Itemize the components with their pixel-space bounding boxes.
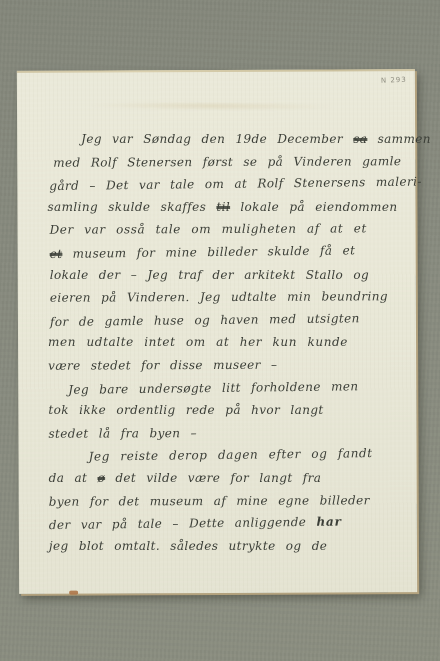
- manuscript-line: stedet lå fra byen –: [48, 421, 390, 445]
- handwriting-text: det vilde være for langt fra: [105, 471, 321, 485]
- handwriting-text: eieren på Vinderen. Jeg udtalte min beun…: [50, 289, 388, 304]
- handwriting-text: sammen: [367, 132, 431, 146]
- handwriting-text: har: [316, 515, 341, 529]
- handwriting-text: lokale der – Jeg traf der arkitekt Stall…: [50, 268, 369, 282]
- paper-smudge: [87, 101, 337, 111]
- archive-number-note: N 293: [381, 76, 407, 85]
- manuscript-line: lokale der – Jeg traf der arkitekt Stall…: [48, 264, 390, 287]
- manuscript-line: tok ikke ordentlig rede på hvor langt: [48, 399, 390, 422]
- handwriting-text: da at: [49, 471, 98, 485]
- struck-handwriting-text: et: [50, 247, 63, 261]
- paper-edge-stain: [69, 591, 78, 595]
- handwriting-text: lokale på eiendommen: [230, 200, 397, 214]
- handwriting-text: men udtalte intet om at her kun kunde: [48, 335, 348, 349]
- manuscript-line: Der var osså tale om muligheten af at et: [48, 218, 390, 242]
- handwriting-text: samling skulde skaffes: [47, 200, 216, 214]
- manuscript-line: byen for det museum af mine egne billede…: [49, 489, 391, 513]
- manuscript-paper: N 293 Jeg var Søndag den 19de December s…: [17, 69, 417, 594]
- manuscript-line: da at ø det vilde være for langt fra: [49, 467, 391, 490]
- handwriting-text: Der var osså tale om muligheten af at et: [50, 222, 367, 237]
- paper-deckle-edge: [17, 69, 415, 73]
- handwriting-text: med Rolf Stenersen først se på Vinderen …: [53, 154, 401, 170]
- struck-handwriting-text: ø: [97, 471, 105, 485]
- manuscript-line: samling skulde skaffes til lokale på eie…: [47, 196, 389, 219]
- handwriting-text: byen for det museum af mine egne billede…: [49, 493, 370, 508]
- handwriting-text: museum for mine billeder skulde få et: [62, 243, 355, 261]
- manuscript-line: med Rolf Stenersen først se på Vinderen …: [47, 150, 389, 174]
- handwriting-text: jeg blot omtalt. således utrykte og de: [49, 539, 327, 553]
- handwriting-text: Jeg var Søndag den 19de December: [81, 132, 353, 146]
- handwriting-text: tok ikke ordentlig rede på hvor langt: [48, 403, 323, 417]
- manuscript-line: et museum for mine billeder skulde få et: [48, 239, 390, 266]
- struck-handwriting-text: sa: [353, 132, 367, 146]
- manuscript-line: eieren på Vinderen. Jeg udtalte min beun…: [48, 285, 390, 309]
- handwriting-text: Jeg reiste derop dagen efter og fandt: [88, 446, 372, 463]
- manuscript-line: men udtalte intet om at her kun kunde: [48, 331, 390, 354]
- manuscript-line: jeg blot omtalt. således utrykte og de: [49, 535, 391, 558]
- handwriting-text: for de gamle huse og haven med utsigten: [50, 311, 360, 329]
- manuscript-line: Jeg bare undersøgte litt forholdene men: [48, 374, 390, 401]
- handwriting-text: Jeg bare undersøgte litt forholdene men: [68, 379, 358, 397]
- manuscript-line: gård – Det var tale om at Rolf Stenersen…: [47, 171, 389, 198]
- handwriting-text: gård – Det var tale om at Rolf Stenersen…: [49, 175, 422, 194]
- struck-handwriting-text: til: [216, 200, 230, 214]
- manuscript-line: der var på tale – Dette anliggende har: [49, 510, 391, 537]
- handwriting-text: være stedet for disse museer –: [48, 358, 277, 373]
- handwriting-text: stedet lå fra byen –: [48, 426, 197, 441]
- manuscript-line: Jeg var Søndag den 19de December sa samm…: [47, 128, 389, 151]
- manuscript-lines: Jeg var Søndag den 19de December sa samm…: [47, 127, 391, 558]
- manuscript-line: være stedet for disse museer –: [48, 353, 390, 377]
- handwriting-text: der var på tale – Dette anliggende: [49, 515, 317, 532]
- manuscript-line: for de gamle huse og haven med utsigten: [48, 307, 390, 334]
- photograph-background: N 293 Jeg var Søndag den 19de December s…: [0, 0, 440, 661]
- manuscript-line: Jeg reiste derop dagen efter og fandt: [48, 442, 390, 469]
